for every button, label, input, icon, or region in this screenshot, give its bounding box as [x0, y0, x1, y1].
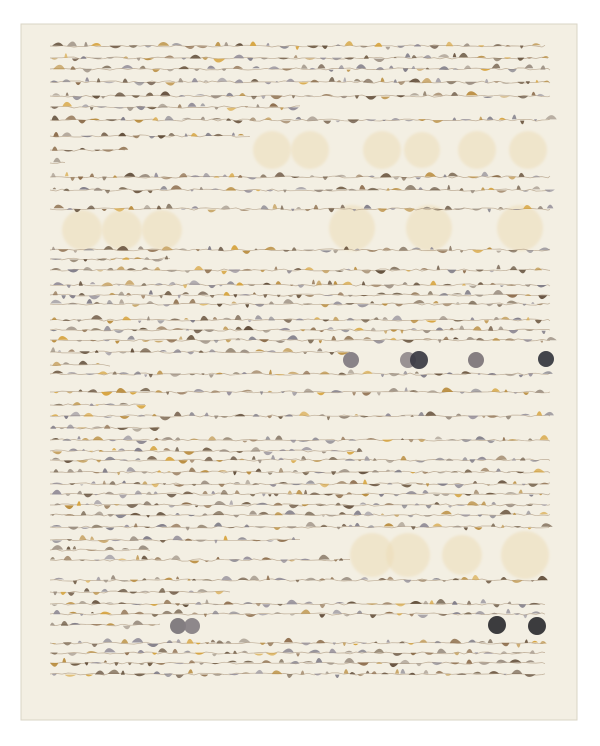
pale-circle-stain	[404, 132, 440, 168]
ink-dot	[184, 618, 200, 634]
pale-circle-stain	[62, 210, 102, 250]
artwork-photo	[0, 0, 600, 746]
pale-circle-stain	[329, 205, 375, 251]
pale-circle-stain	[253, 131, 291, 169]
pale-circle-stain	[442, 535, 482, 575]
ink-dot	[410, 351, 428, 369]
pale-circle-stain	[291, 131, 329, 169]
pale-circle-stain	[363, 131, 401, 169]
ink-dot	[343, 352, 359, 368]
pale-circle-stain	[497, 205, 543, 251]
ink-dot	[170, 618, 186, 634]
pale-circle-stain	[386, 533, 430, 577]
pale-circle-stain	[458, 131, 496, 169]
pale-circle-stain	[142, 210, 182, 250]
ink-dot	[488, 616, 506, 634]
ink-dot	[528, 617, 546, 635]
ink-dot	[468, 352, 484, 368]
pale-circle-stain	[406, 205, 452, 251]
pale-circle-stain	[501, 531, 549, 579]
pale-circle-stain	[102, 210, 142, 250]
artwork-canvas	[0, 0, 600, 746]
pale-circle-stain	[509, 131, 547, 169]
ink-dot	[538, 351, 554, 367]
